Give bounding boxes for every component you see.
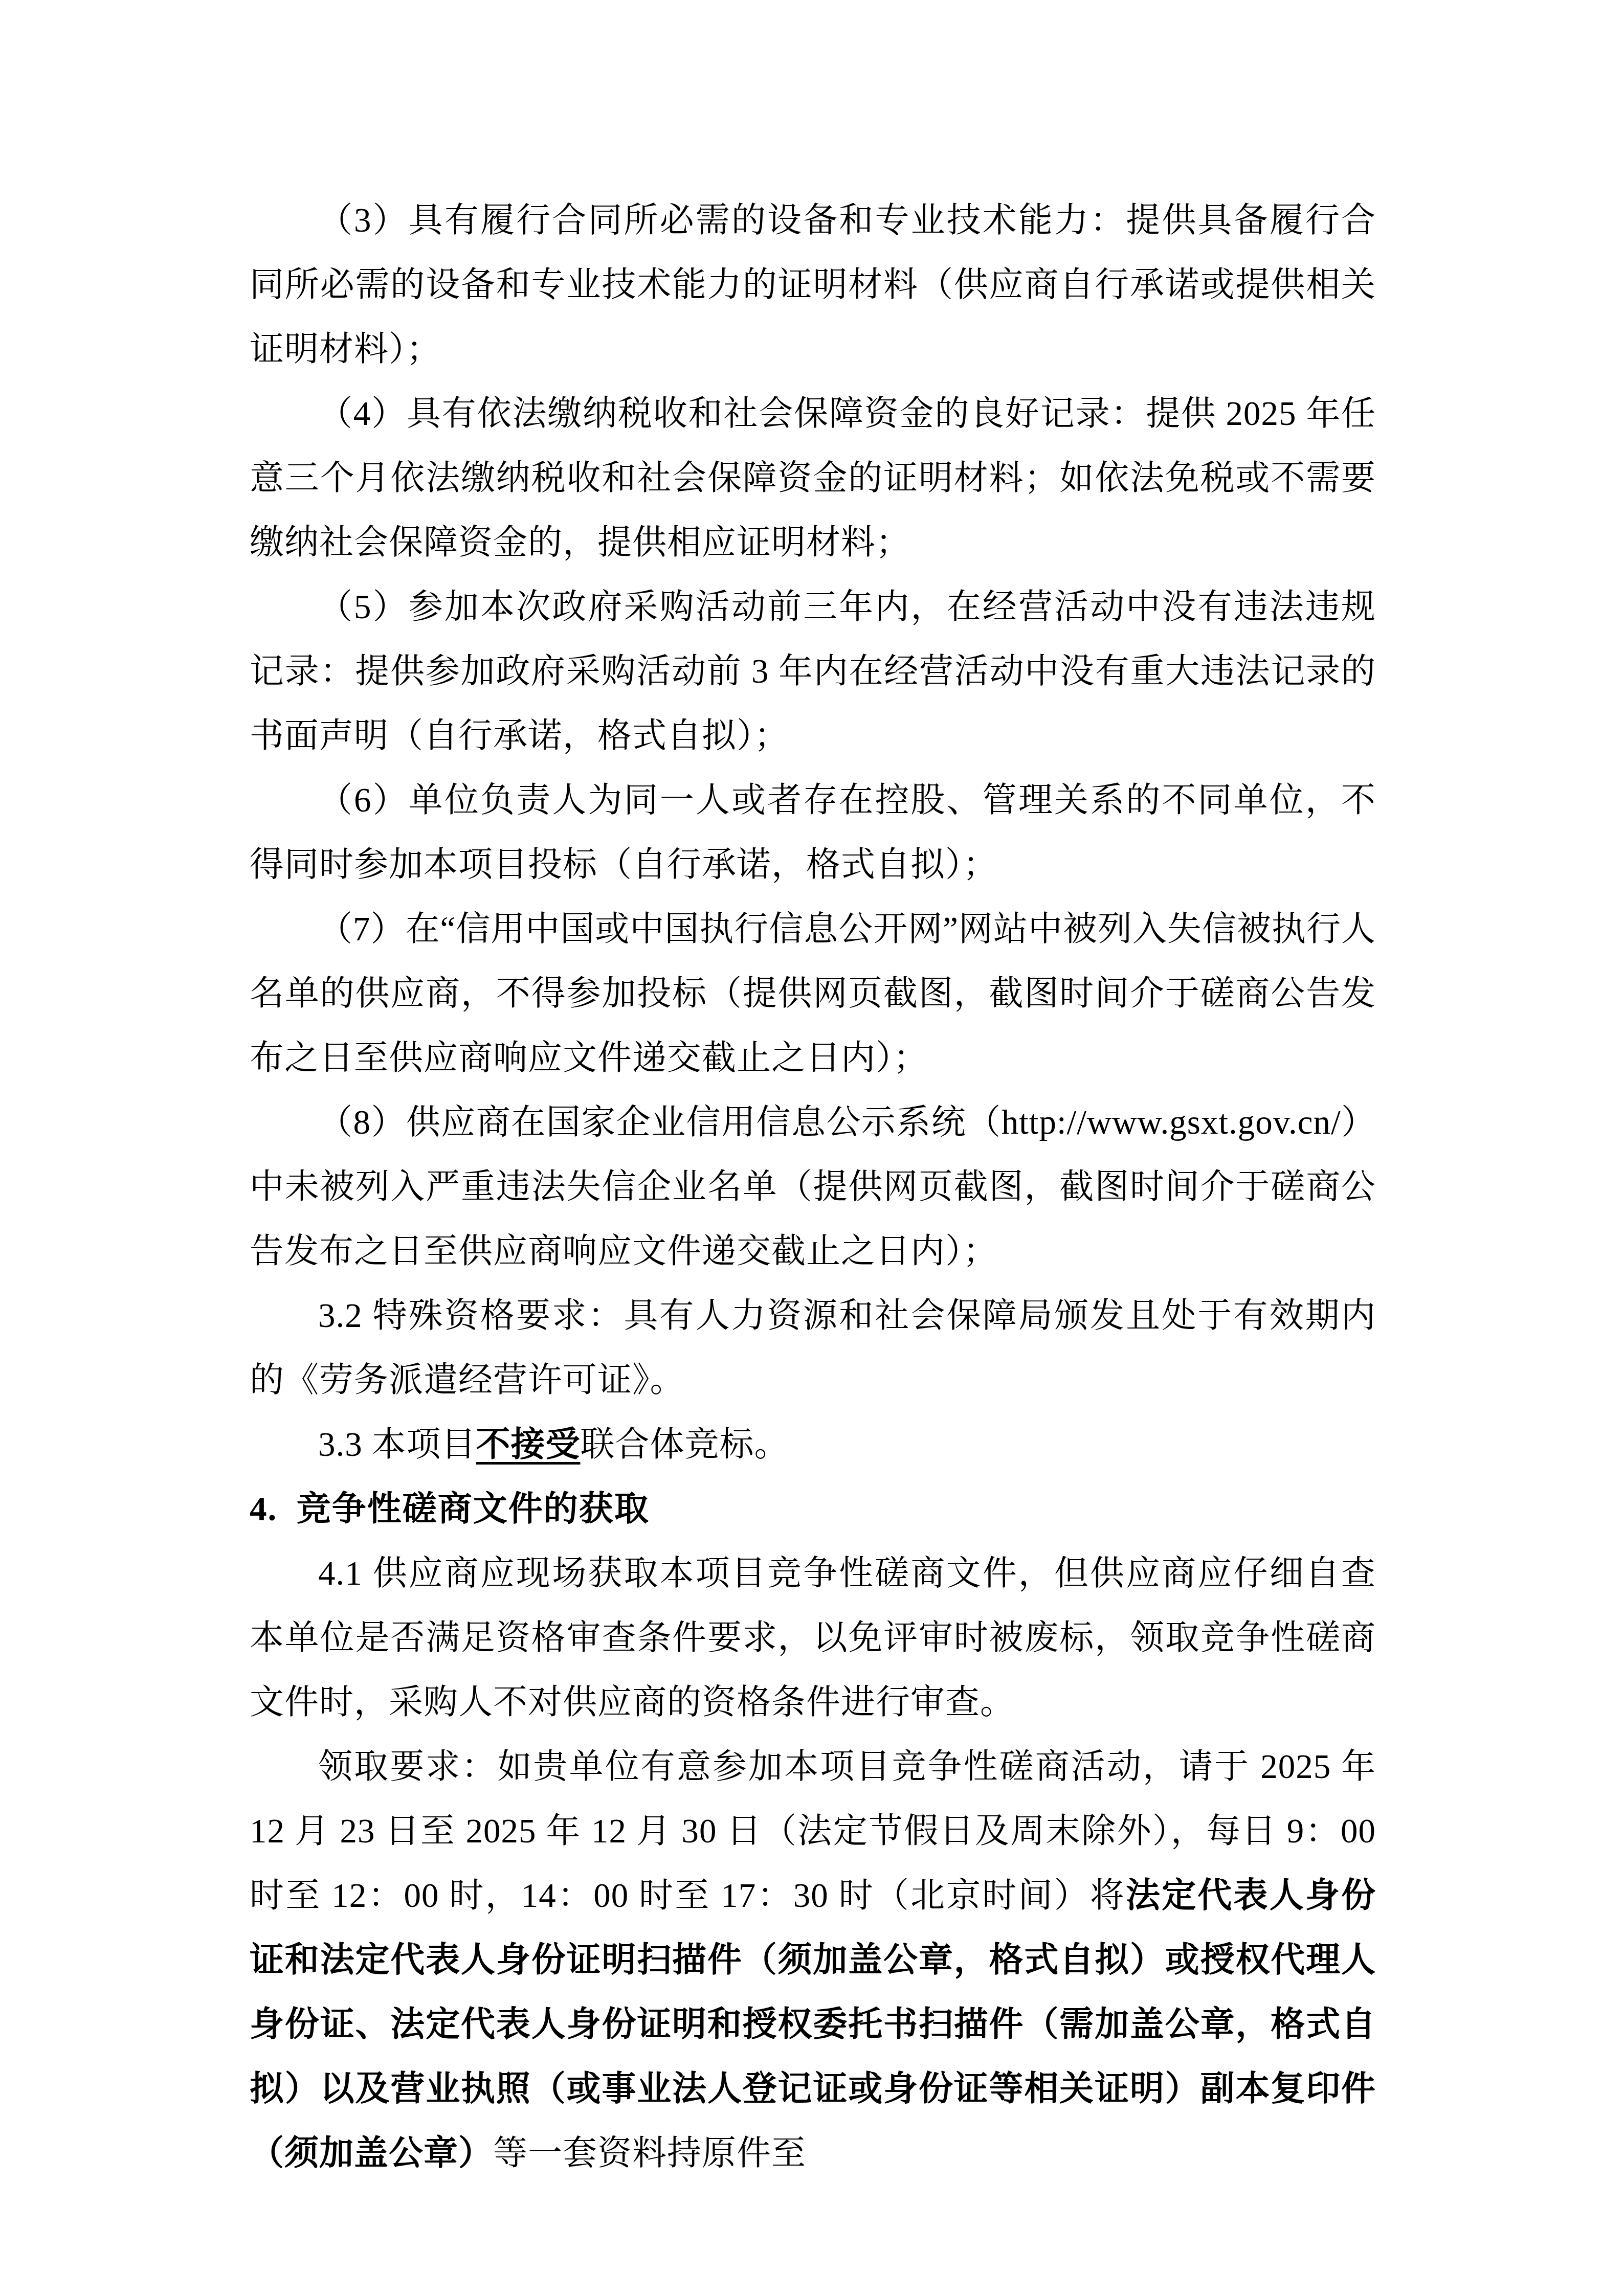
document-page: （3）具有履行合同所必需的设备和专业技术能力：提供具备履行合同所必需的设备和专业… (0, 0, 1624, 2296)
document-body: （3）具有履行合同所必需的设备和专业技术能力：提供具备履行合同所必需的设备和专业… (250, 188, 1376, 2186)
paragraph: 3.3 本项目不接受联合体竞标。 (250, 1412, 1376, 1477)
text-run: （3）具有履行合同所必需的设备和专业技术能力：提供具备履行合同所必需的设备和专业… (250, 201, 1376, 368)
text-run: 3.3 本项目 (318, 1426, 476, 1464)
text-run: （6）单位负责人为同一人或者存在控股、管理关系的不同单位，不得同时参加本项目投标… (250, 781, 1376, 884)
paragraph: 领取要求：如贵单位有意参加本项目竞争性磋商活动，请于 2025 年 12 月 2… (250, 1735, 1376, 2186)
paragraph: （5）参加本次政府采购活动前三年内，在经营活动中没有违法违规记录：提供参加政府采… (250, 575, 1376, 768)
text-run: 3.2 特殊资格要求：具有人力资源和社会保障局颁发且处于有效期内的《劳务派遣经营… (250, 1297, 1376, 1399)
text-run: （8）供应商在国家企业信用信息公示系统（http://www.gsxt.gov.… (250, 1104, 1376, 1270)
paragraph: （8）供应商在国家企业信用信息公示系统（http://www.gsxt.gov.… (250, 1090, 1376, 1284)
paragraph: 3.2 特殊资格要求：具有人力资源和社会保障局颁发且处于有效期内的《劳务派遣经营… (250, 1284, 1376, 1412)
text-run: 法定代表人身份证和法定代表人身份证明扫描件（须加盖公章，格式自拟）或授权代理人身… (250, 1877, 1376, 2172)
text-run: 4.1 供应商应现场获取本项目竞争性磋商文件，但供应商应仔细自查本单位是否满足资… (250, 1555, 1376, 1721)
text-run: （7）在“信用中国或中国执行信息公开网”网站中被列入失信被执行人名单的供应商，不… (250, 910, 1376, 1077)
text-run: 不接受 (476, 1426, 581, 1464)
text-run: 等一套资料持原件至 (493, 2134, 806, 2172)
text-run: 联合体竞标。 (581, 1426, 789, 1464)
text-run: 4. 竞争性磋商文件的获取 (250, 1490, 650, 1528)
paragraph: （7）在“信用中国或中国执行信息公开网”网站中被列入失信被执行人名单的供应商，不… (250, 897, 1376, 1090)
paragraph: （6）单位负责人为同一人或者存在控股、管理关系的不同单位，不得同时参加本项目投标… (250, 768, 1376, 897)
paragraph: （3）具有履行合同所必需的设备和专业技术能力：提供具备履行合同所必需的设备和专业… (250, 188, 1376, 381)
section-heading: 4. 竞争性磋商文件的获取 (250, 1477, 1376, 1541)
text-run: （5）参加本次政府采购活动前三年内，在经营活动中没有违法违规记录：提供参加政府采… (250, 588, 1376, 755)
paragraph: （4）具有依法缴纳税收和社会保障资金的良好记录：提供 2025 年任意三个月依法… (250, 381, 1376, 575)
text-run: （4）具有依法缴纳税收和社会保障资金的良好记录：提供 2025 年任意三个月依法… (250, 395, 1376, 561)
paragraph: 4.1 供应商应现场获取本项目竞争性磋商文件，但供应商应仔细自查本单位是否满足资… (250, 1541, 1376, 1735)
